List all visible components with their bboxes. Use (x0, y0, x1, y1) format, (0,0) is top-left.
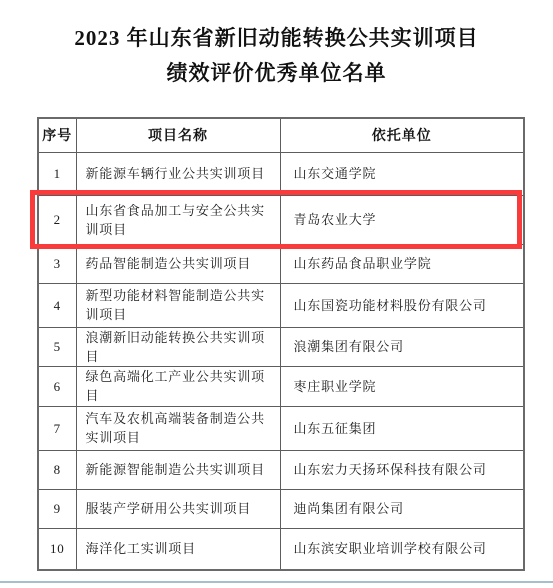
project-name-cell: 新型功能材料智能制造公共实训项目 (76, 283, 280, 327)
serial-number-cell: 3 (38, 244, 76, 283)
project-name-cell: 新能源智能制造公共实训项目 (76, 450, 280, 489)
table-row: 10海洋化工实训项目山东滨安职业培训学校有限公司 (38, 528, 524, 570)
supporting-unit-cell: 山东国瓷功能材料股份有限公司 (280, 283, 524, 327)
supporting-unit-cell: 青岛农业大学 (280, 195, 524, 244)
supporting-unit-cell: 迪尚集团有限公司 (280, 489, 524, 528)
bottom-divider-line (0, 581, 553, 583)
serial-number-cell: 6 (38, 366, 76, 406)
table-row: 4新型功能材料智能制造公共实训项目山东国瓷功能材料股份有限公司 (38, 283, 524, 327)
table-row-highlighted: 2山东省食品加工与安全公共实训项目青岛农业大学 (38, 195, 524, 244)
table-row: 8新能源智能制造公共实训项目山东宏力天扬环保科技有限公司 (38, 450, 524, 489)
table-row: 6绿色高端化工产业公共实训项目枣庄职业学院 (38, 366, 524, 406)
supporting-unit-cell: 山东药品食品职业学院 (280, 244, 524, 283)
supporting-unit-cell: 山东交通学院 (280, 152, 524, 195)
header-supporting-unit: 依托单位 (280, 118, 524, 152)
header-serial-number: 序号 (38, 118, 76, 152)
serial-number-cell: 1 (38, 152, 76, 195)
project-name-cell: 汽车及农机高端装备制造公共实训项目 (76, 406, 280, 450)
serial-number-cell: 10 (38, 528, 76, 570)
document-page: 2023 年山东省新旧动能转换公共实训项目 绩效评价优秀单位名单 序号 项目名称… (0, 0, 553, 588)
serial-number-cell: 8 (38, 450, 76, 489)
header-project-name: 项目名称 (76, 118, 280, 152)
serial-number-cell: 7 (38, 406, 76, 450)
project-name-cell: 绿色高端化工产业公共实训项目 (76, 366, 280, 406)
supporting-unit-cell: 枣庄职业学院 (280, 366, 524, 406)
table-row: 7汽车及农机高端装备制造公共实训项目山东五征集团 (38, 406, 524, 450)
table-body: 1新能源车辆行业公共实训项目山东交通学院2山东省食品加工与安全公共实训项目青岛农… (38, 152, 524, 570)
project-name-cell: 山东省食品加工与安全公共实训项目 (76, 195, 280, 244)
table-row: 3药品智能制造公共实训项目山东药品食品职业学院 (38, 244, 524, 283)
serial-number-cell: 9 (38, 489, 76, 528)
table-row: 9服装产学研用公共实训项目迪尚集团有限公司 (38, 489, 524, 528)
title-line-1: 2023 年山东省新旧动能转换公共实训项目 (0, 21, 553, 56)
title-line-2: 绩效评价优秀单位名单 (0, 56, 553, 91)
project-name-cell: 海洋化工实训项目 (76, 528, 280, 570)
serial-number-cell: 2 (38, 195, 76, 244)
document-title: 2023 年山东省新旧动能转换公共实训项目 绩效评价优秀单位名单 (0, 21, 553, 91)
supporting-unit-cell: 山东滨安职业培训学校有限公司 (280, 528, 524, 570)
supporting-unit-cell: 山东宏力天扬环保科技有限公司 (280, 450, 524, 489)
table-header-row: 序号 项目名称 依托单位 (38, 118, 524, 152)
project-name-cell: 服装产学研用公共实训项目 (76, 489, 280, 528)
table-row: 5浪潮新旧动能转换公共实训项目浪潮集团有限公司 (38, 327, 524, 366)
award-table: 序号 项目名称 依托单位 1新能源车辆行业公共实训项目山东交通学院2山东省食品加… (37, 117, 525, 571)
project-name-cell: 浪潮新旧动能转换公共实训项目 (76, 327, 280, 366)
table-row: 1新能源车辆行业公共实训项目山东交通学院 (38, 152, 524, 195)
serial-number-cell: 4 (38, 283, 76, 327)
supporting-unit-cell: 浪潮集团有限公司 (280, 327, 524, 366)
project-name-cell: 药品智能制造公共实训项目 (76, 244, 280, 283)
project-name-cell: 新能源车辆行业公共实训项目 (76, 152, 280, 195)
supporting-unit-cell: 山东五征集团 (280, 406, 524, 450)
serial-number-cell: 5 (38, 327, 76, 366)
